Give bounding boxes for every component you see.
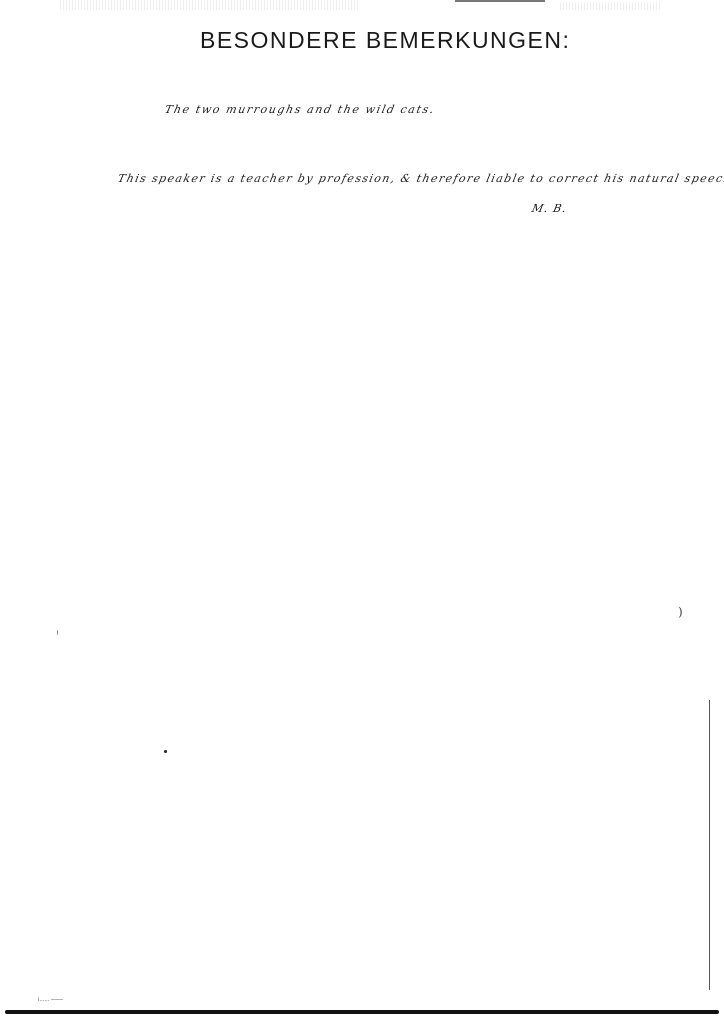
scanned-page: BESONDERE BEMERKUNGEN: The two murroughs…	[0, 0, 724, 1024]
ink-mark	[57, 630, 58, 635]
handwritten-note-2: This speaker is a teacher by profession,…	[117, 172, 724, 185]
footer-mark: i...... ——	[38, 997, 63, 1003]
margin-mark: )	[678, 605, 683, 619]
page-title: BESONDERE BEMERKUNGEN:	[200, 27, 570, 54]
ink-dot	[164, 750, 167, 753]
scan-noise	[60, 0, 360, 10]
right-margin-rule	[709, 700, 710, 990]
handwritten-note-1: The two murroughs and the wild cats.	[164, 103, 437, 116]
handwritten-initials: M. B.	[531, 202, 569, 215]
bottom-rule	[5, 1010, 719, 1014]
scan-noise	[560, 2, 660, 10]
scan-edge-line	[455, 0, 545, 2]
